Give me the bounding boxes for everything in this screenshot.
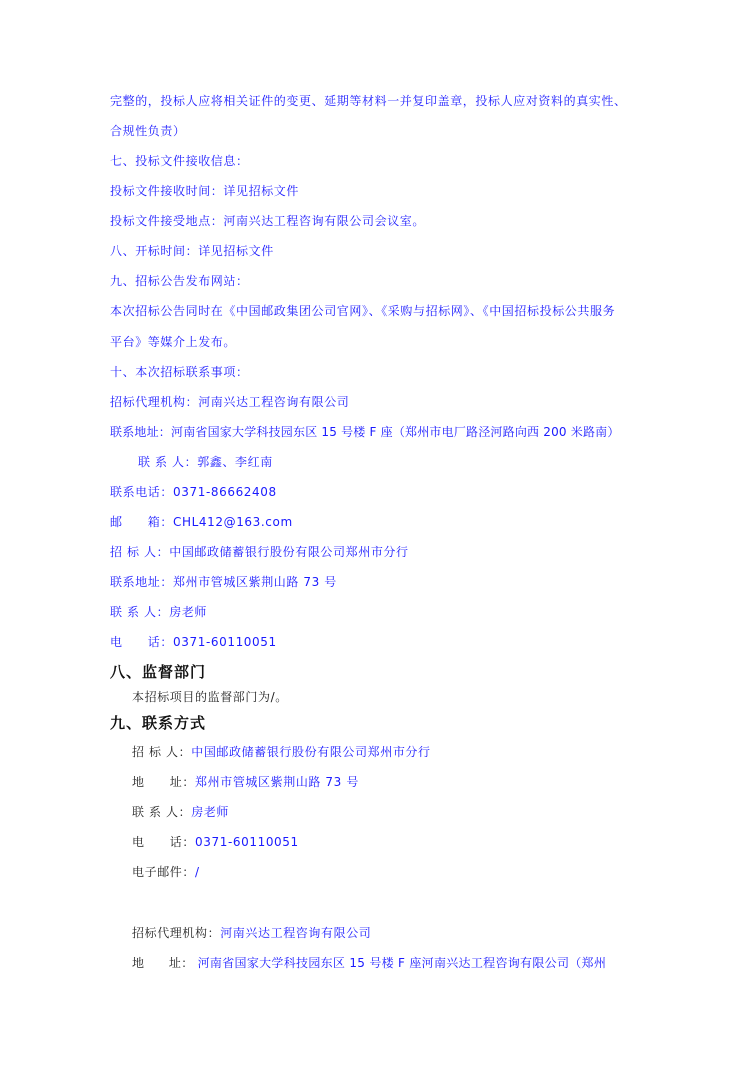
section-10-title: 十、本次招标联系事项： bbox=[110, 364, 249, 380]
agency-row-name: 招标代理机构：河南兴达工程咨询有限公司 bbox=[132, 925, 371, 941]
agency-value: 河南兴达工程咨询有限公司 bbox=[220, 926, 371, 940]
section-8-opening-time: 八、开标时间：详见招标文件 bbox=[110, 243, 274, 259]
contact-row-person: 联 系 人：房老师 bbox=[132, 804, 229, 820]
contact-label: 地 址： bbox=[132, 775, 195, 789]
tenderer-line: 招 标 人：中国邮政储蓄银行股份有限公司郑州市分行 bbox=[110, 544, 409, 560]
notice-line: 完整的，投标人应将相关证件的变更、延期等材料一并复印盖章，投标人应对资料的真实性… bbox=[110, 93, 627, 109]
agency-label: 招标代理机构： bbox=[132, 926, 220, 940]
contact-row-tenderer: 招 标 人：中国邮政储蓄银行股份有限公司郑州市分行 bbox=[132, 744, 431, 760]
contact-row-address: 地 址：郑州市管城区紫荆山路 73 号 bbox=[132, 774, 359, 790]
contact-value: / bbox=[195, 865, 200, 879]
agency-phone-line: 联系电话：0371-86662408 bbox=[110, 484, 277, 500]
contact-value: 0371-60110051 bbox=[195, 835, 299, 849]
agency-contact-line: 联 系 人：郭鑫、李红南 bbox=[138, 454, 273, 470]
agency-row-address: 地 址： 河南省国家大学科技园东区 15 号楼 F 座河南兴达工程咨询有限公司（… bbox=[132, 955, 606, 971]
contact-label: 招 标 人： bbox=[132, 745, 191, 759]
agency-label: 地 址： bbox=[132, 956, 194, 970]
agency-value: 河南省国家大学科技园东区 15 号楼 F 座河南兴达工程咨询有限公司（郑州 bbox=[194, 956, 607, 970]
agency-email-line: 邮 箱：CHL412@163.com bbox=[110, 514, 293, 530]
notice-line: 本次招标公告同时在《中国邮政集团公司官网》、《采购与招标网》、《中国招标投标公共… bbox=[110, 303, 615, 319]
contact-value: 郑州市管城区紫荆山路 73 号 bbox=[195, 775, 359, 789]
contact-value: 房老师 bbox=[191, 805, 229, 819]
tenderer-address-line: 联系地址：郑州市管城区紫荆山路 73 号 bbox=[110, 574, 337, 590]
contact-label: 电子邮件： bbox=[132, 865, 195, 879]
contact-row-email: 电子邮件：/ bbox=[132, 864, 200, 880]
contact-row-phone: 电 话：0371-60110051 bbox=[132, 834, 299, 850]
tenderer-contact-line: 联 系 人：房老师 bbox=[110, 604, 207, 620]
notice-line: 平台》等媒介上发布。 bbox=[110, 334, 236, 350]
section-heading-contact: 九、联系方式 bbox=[110, 713, 206, 733]
notice-line: 投标文件接收时间：详见招标文件 bbox=[110, 183, 299, 199]
contact-value: 中国邮政储蓄银行股份有限公司郑州市分行 bbox=[191, 745, 430, 759]
notice-line: 投标文件接受地点：河南兴达工程咨询有限公司会议室。 bbox=[110, 213, 425, 229]
agency-address-line: 联系地址：河南省国家大学科技园东区 15 号楼 F 座（郑州市电厂路泾河路向西 … bbox=[110, 424, 620, 440]
contact-label: 电 话： bbox=[132, 835, 195, 849]
supervision-body: 本招标项目的监督部门为/。 bbox=[132, 689, 288, 705]
section-7-title: 七、投标文件接收信息： bbox=[110, 153, 249, 169]
notice-line: 合规性负责） bbox=[110, 123, 186, 139]
section-heading-supervision: 八、监督部门 bbox=[110, 662, 206, 682]
section-9-title: 九、招标公告发布网站： bbox=[110, 273, 249, 289]
agency-name-line: 招标代理机构：河南兴达工程咨询有限公司 bbox=[110, 394, 349, 410]
contact-label: 联 系 人： bbox=[132, 805, 191, 819]
tenderer-phone-line: 电 话：0371-60110051 bbox=[110, 634, 277, 650]
